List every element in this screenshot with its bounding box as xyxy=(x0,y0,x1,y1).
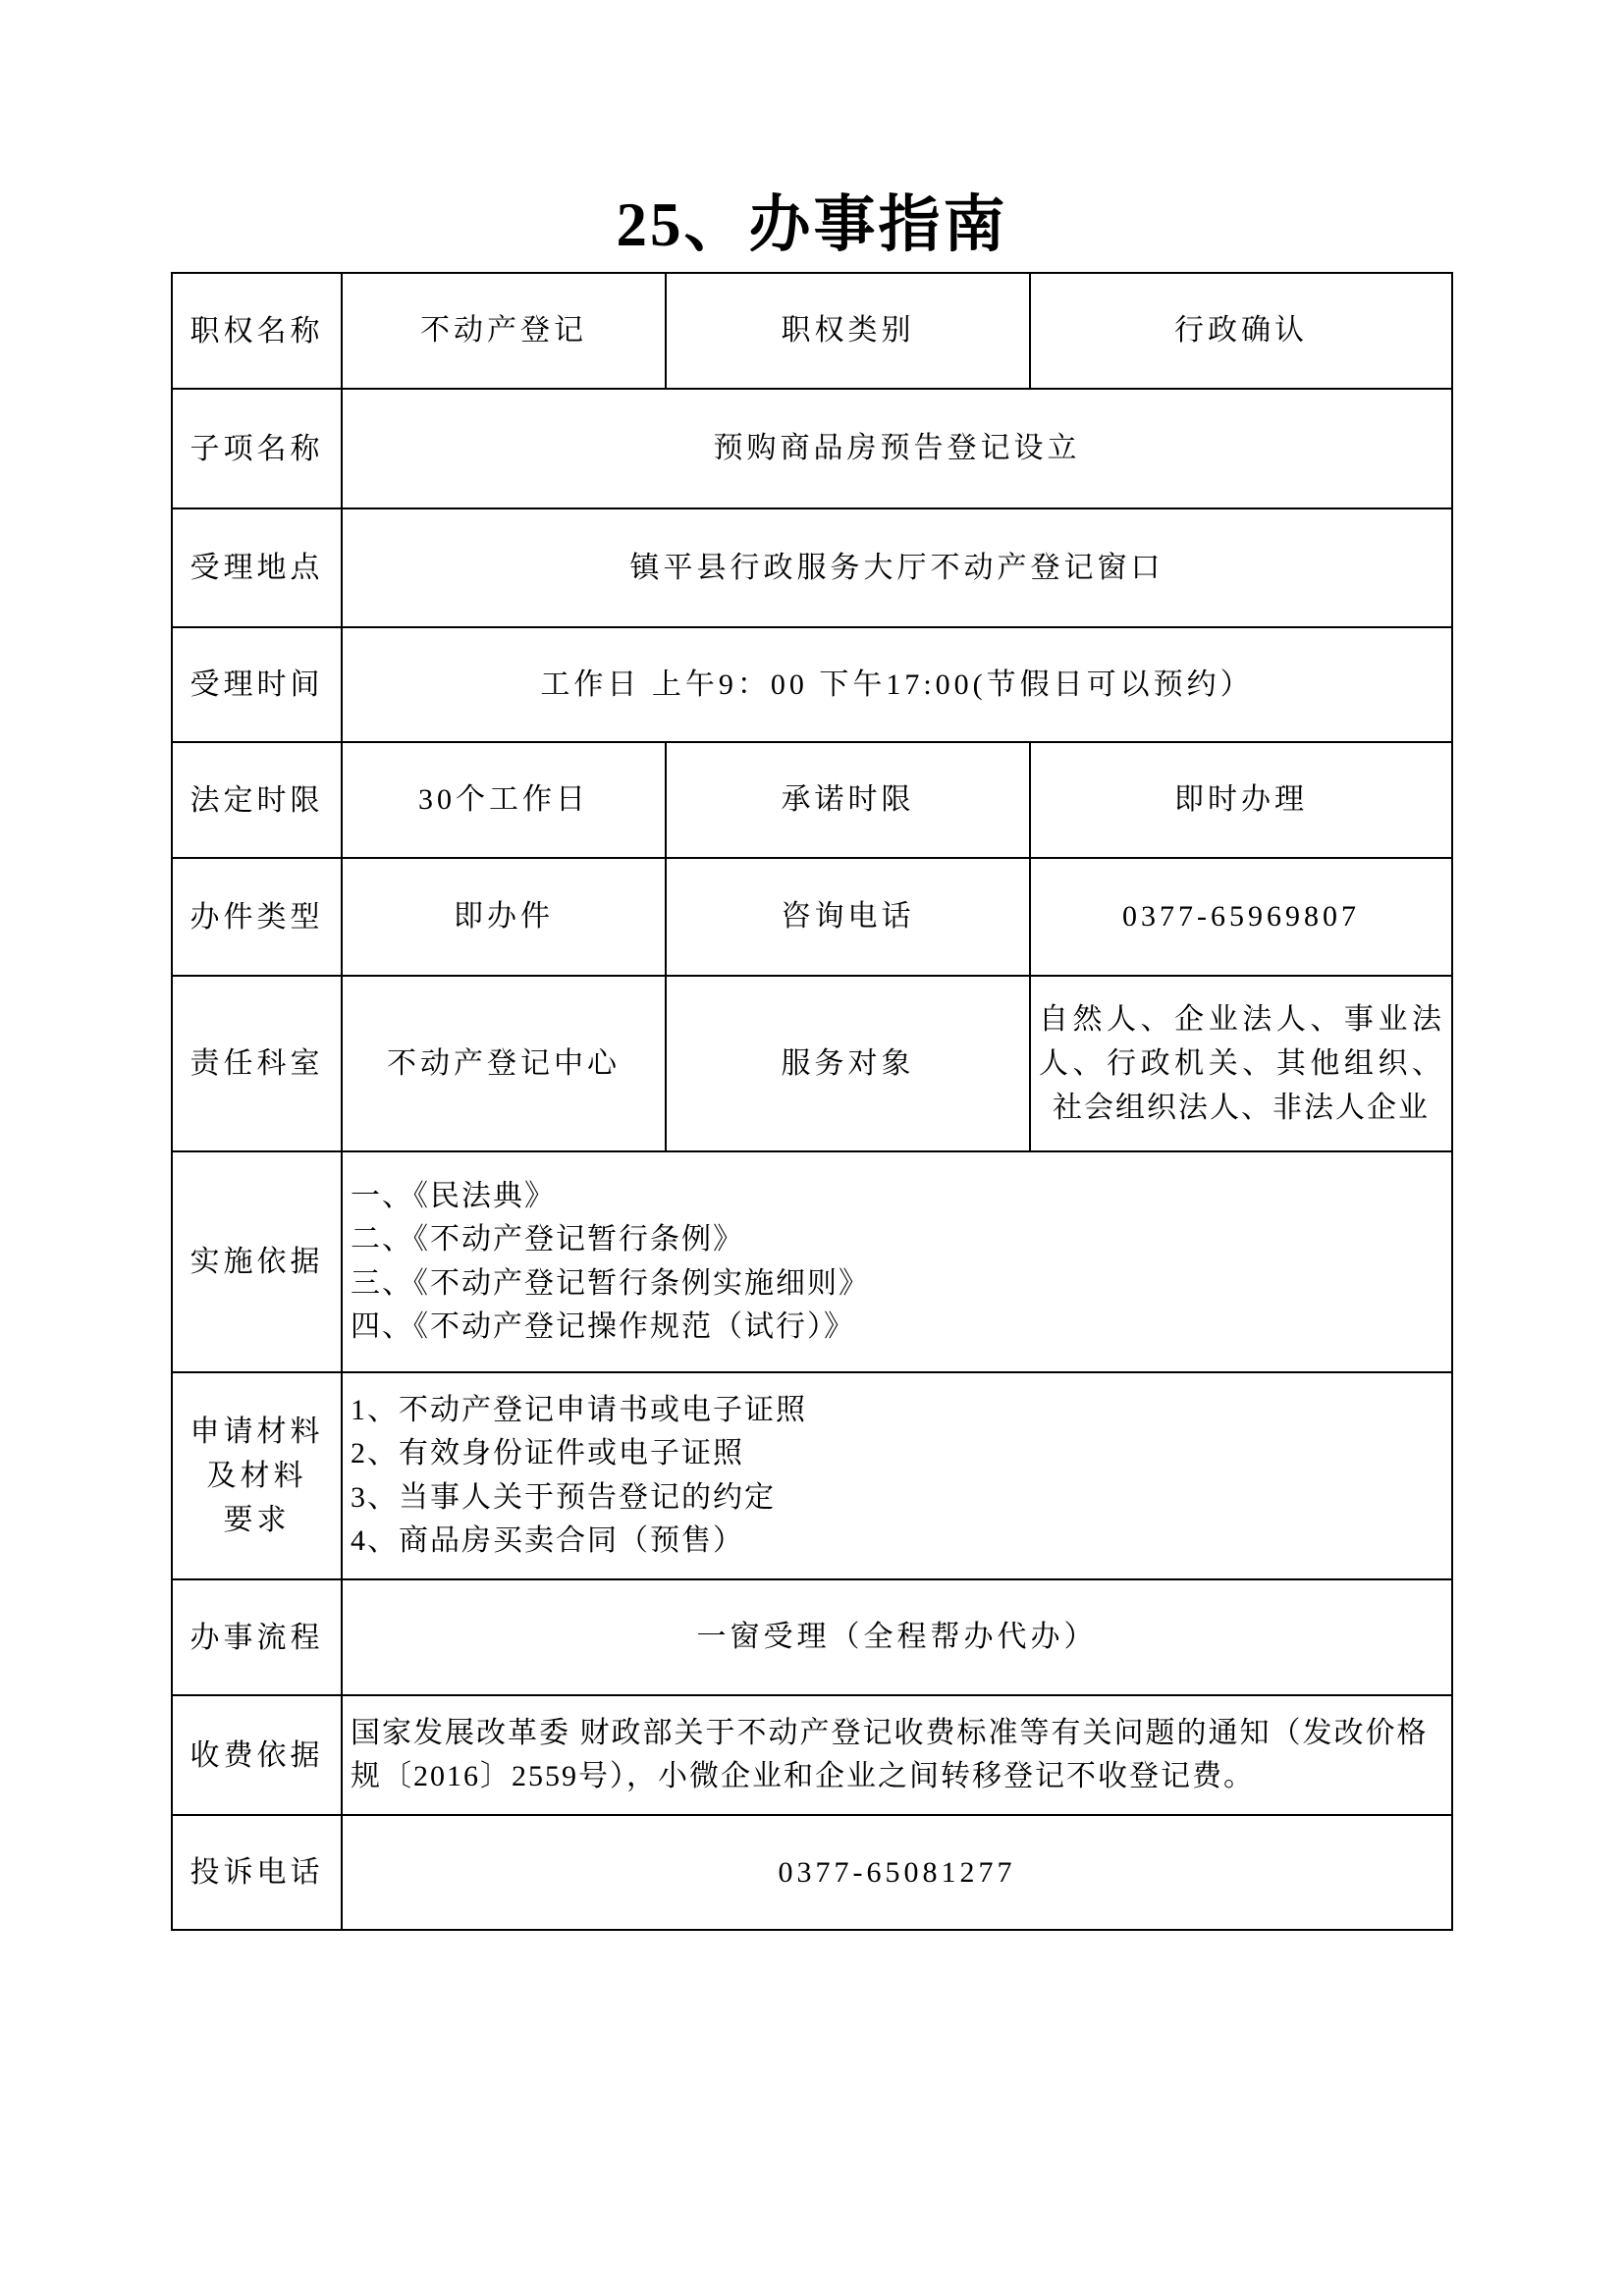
process-label: 办事流程 xyxy=(172,1579,342,1695)
handling-type-value: 即办件 xyxy=(342,858,666,976)
table-row: 申请材料 及材料 要求 1、不动产登记申请书或电子证照 2、有效身份证件或电子证… xyxy=(172,1372,1452,1579)
table-row: 实施依据 一、《民法典》 二、《不动产登记暂行条例》 三、《不动产登记暂行条例实… xyxy=(172,1151,1452,1372)
complaint-phone-label: 投诉电话 xyxy=(172,1815,342,1930)
complaint-phone-value: 0377-65081277 xyxy=(342,1815,1452,1930)
service-target-value: 自然人、企业法人、事业法人、行政机关、其他组织、社会组织法人、非法人企业 xyxy=(1030,976,1452,1151)
document-page: 25、办事指南 职权名称 不动产登记 职权类别 行政确认 子项名称 预购商品房预… xyxy=(0,0,1624,2296)
power-category-value: 行政确认 xyxy=(1030,273,1452,389)
handling-type-label: 办件类型 xyxy=(172,858,342,976)
consultation-phone-value: 0377-65969807 xyxy=(1030,858,1452,976)
implementation-basis-value: 一、《民法典》 二、《不动产登记暂行条例》 三、《不动产登记暂行条例实施细则》 … xyxy=(342,1151,1452,1372)
process-value: 一窗受理（全程帮办代办） xyxy=(342,1579,1452,1695)
table-row: 投诉电话 0377-65081277 xyxy=(172,1815,1452,1930)
legal-time-limit-value: 30个工作日 xyxy=(342,742,666,858)
application-materials-label: 申请材料 及材料 要求 xyxy=(172,1372,342,1579)
acceptance-location-value: 镇平县行政服务大厅不动产登记窗口 xyxy=(342,508,1452,627)
service-guide-table: 职权名称 不动产登记 职权类别 行政确认 子项名称 预购商品房预告登记设立 受理… xyxy=(171,272,1453,1931)
subitem-name-value: 预购商品房预告登记设立 xyxy=(342,389,1452,508)
power-name-label: 职权名称 xyxy=(172,273,342,389)
acceptance-location-label: 受理地点 xyxy=(172,508,342,627)
table-row: 受理地点 镇平县行政服务大厅不动产登记窗口 xyxy=(172,508,1452,627)
table-row: 办件类型 即办件 咨询电话 0377-65969807 xyxy=(172,858,1452,976)
power-name-value: 不动产登记 xyxy=(342,273,666,389)
table-row: 法定时限 30个工作日 承诺时限 即时办理 xyxy=(172,742,1452,858)
table-row: 受理时间 工作日 上午9：00 下午17:00(节假日可以预约） xyxy=(172,627,1452,742)
acceptance-time-label: 受理时间 xyxy=(172,627,342,742)
power-category-label: 职权类别 xyxy=(666,273,1030,389)
fee-basis-value: 国家发展改革委 财政部关于不动产登记收费标准等有关问题的通知（发改价格规〔201… xyxy=(342,1695,1452,1815)
table-row: 子项名称 预购商品房预告登记设立 xyxy=(172,389,1452,508)
table-row: 办事流程 一窗受理（全程帮办代办） xyxy=(172,1579,1452,1695)
promised-time-limit-value: 即时办理 xyxy=(1030,742,1452,858)
responsible-department-value: 不动产登记中心 xyxy=(342,976,666,1151)
table-row: 收费依据 国家发展改革委 财政部关于不动产登记收费标准等有关问题的通知（发改价格… xyxy=(172,1695,1452,1815)
application-materials-value: 1、不动产登记申请书或电子证照 2、有效身份证件或电子证照 3、当事人关于预告登… xyxy=(342,1372,1452,1579)
acceptance-time-value: 工作日 上午9：00 下午17:00(节假日可以预约） xyxy=(342,627,1452,742)
table-row: 责任科室 不动产登记中心 服务对象 自然人、企业法人、事业法人、行政机关、其他组… xyxy=(172,976,1452,1151)
fee-basis-label: 收费依据 xyxy=(172,1695,342,1815)
subitem-name-label: 子项名称 xyxy=(172,389,342,508)
service-target-label: 服务对象 xyxy=(666,976,1030,1151)
consultation-phone-label: 咨询电话 xyxy=(666,858,1030,976)
promised-time-limit-label: 承诺时限 xyxy=(666,742,1030,858)
page-title: 25、办事指南 xyxy=(0,0,1624,257)
table-row: 职权名称 不动产登记 职权类别 行政确认 xyxy=(172,273,1452,389)
responsible-department-label: 责任科室 xyxy=(172,976,342,1151)
legal-time-limit-label: 法定时限 xyxy=(172,742,342,858)
implementation-basis-label: 实施依据 xyxy=(172,1151,342,1372)
